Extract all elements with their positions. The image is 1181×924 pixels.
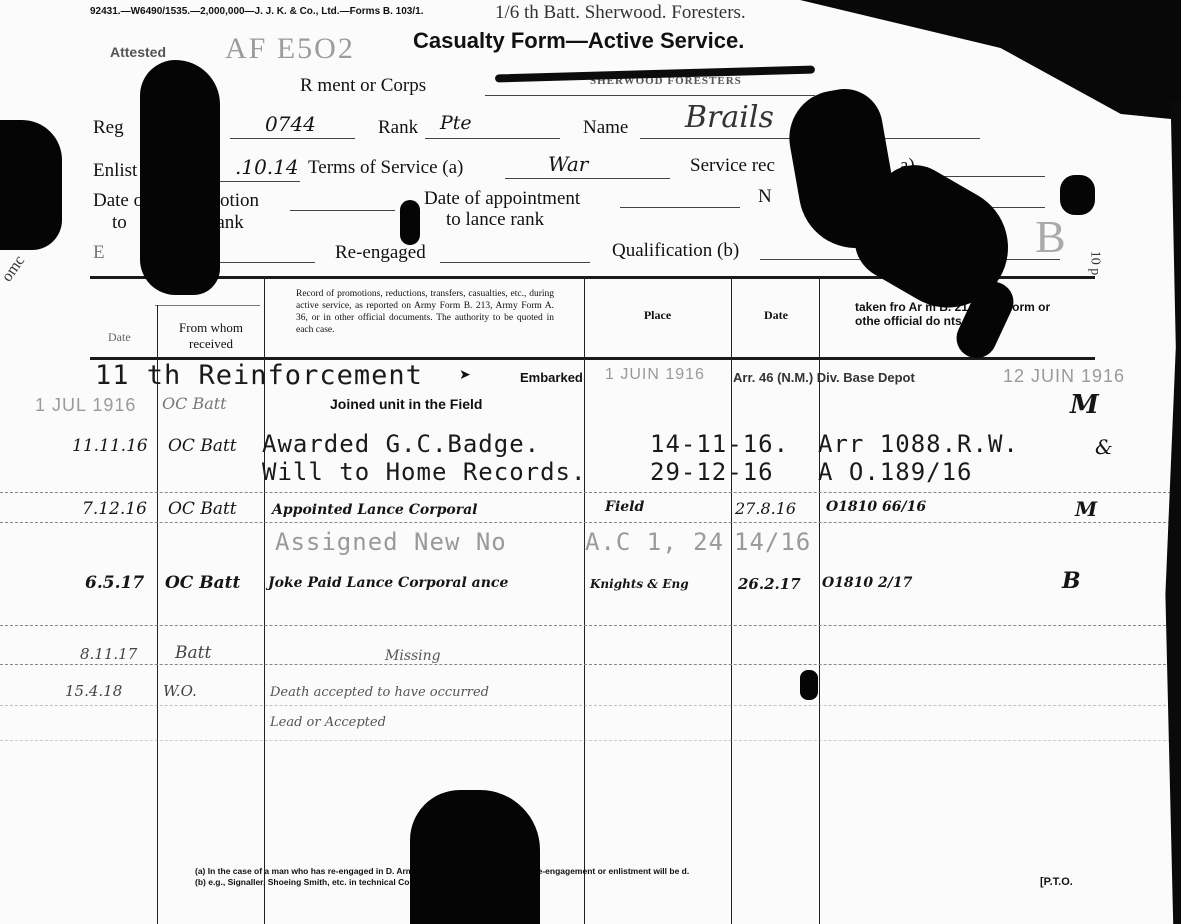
row2-place: Field — [605, 499, 644, 515]
header-date2: Date — [736, 308, 816, 323]
row5-from: Batt — [175, 643, 211, 663]
row1-initials: & — [1095, 435, 1113, 459]
row1-record-1: Awarded G.C.Badge. — [262, 430, 540, 458]
regiment-label: R ment or Corps — [300, 75, 426, 97]
joined-mark: M — [1070, 390, 1099, 420]
header-from-whom: From whom received — [162, 320, 260, 352]
header-record: Record of promotions, reductions, transf… — [296, 288, 554, 336]
attested-label: Attested — [110, 44, 166, 60]
joined-from: OC Batt — [162, 394, 227, 413]
ink-blot — [400, 200, 420, 245]
enlisted-label: Enlist — [93, 160, 137, 182]
header-place: Place — [590, 308, 725, 323]
row1-date2-2: 29-12-16 — [650, 458, 774, 486]
enlisted-value: .10.14 — [235, 155, 299, 179]
reengaged-label: Re-engaged — [335, 242, 426, 264]
joined-text: Joined unit in the Field — [330, 396, 482, 412]
ink-blot — [410, 790, 540, 924]
header-date: Date — [108, 330, 131, 345]
col-divider — [584, 276, 585, 924]
pto-label: [P.T.O. — [1040, 876, 1073, 888]
lance-label-2: to lance rank — [446, 209, 544, 231]
name-value: Brails — [685, 100, 774, 135]
row6-record-2: Lead or Accepted — [270, 715, 386, 730]
row1-from: OC Batt — [168, 436, 237, 456]
row1-record-2: Will to Home Records. — [262, 458, 586, 486]
ink-blot — [800, 670, 818, 700]
ink-blot — [1060, 175, 1095, 215]
terms-label: Terms of Service (a) — [308, 157, 463, 179]
row2-date: 7.12.16 — [82, 499, 147, 519]
promotion-label-1b: otion — [220, 190, 259, 212]
side-stamp: B — [1035, 210, 1066, 263]
row2-date2: 27.8.16 — [735, 499, 796, 518]
ink-blot — [140, 60, 220, 295]
row1-remarks-2: A O.189/16 — [818, 458, 973, 486]
col-divider — [731, 276, 732, 924]
col-divider — [157, 305, 158, 924]
torn-edge — [1155, 100, 1181, 924]
row4-remarks: O1810 2/17 — [822, 575, 912, 591]
side-text-vertical: 10 p — [1086, 251, 1102, 276]
row3-place: A.C 1, 24 — [585, 528, 724, 556]
lance-label-1: Date of appointment — [424, 188, 580, 210]
row2-from: OC Batt — [168, 499, 237, 519]
arrived-stamp: 12 JUIN 1916 — [1003, 366, 1125, 387]
row4-date: 6.5.17 — [85, 573, 144, 593]
row1-remarks-1: Arr 1088.R.W. — [818, 430, 1019, 458]
joined-stamp: 1 JUL 1916 — [35, 395, 136, 416]
row2-remarks: O1810 66/16 — [826, 499, 926, 515]
battalion-stamp: 1/6 th Batt. Sherwood. Foresters. — [495, 2, 746, 24]
rank-label: Rank — [378, 117, 418, 139]
attested-stamp: AF E5O2 — [225, 32, 355, 66]
row4-record: Joke Paid Lance Corporal ance — [268, 575, 508, 591]
extended-label: E — [93, 242, 105, 264]
row3-record: Assigned New No — [275, 528, 507, 556]
ink-blot — [0, 120, 62, 250]
row4-initials: B — [1062, 568, 1081, 594]
row4-from: OC Batt — [165, 573, 240, 593]
reinforcement-banner: 11 th Reinforcement — [95, 360, 423, 391]
print-code: 92431.—W6490/1535.—2,000,000—J. J. K. & … — [90, 6, 424, 17]
embarked-label: Embarked — [520, 370, 583, 385]
row5-record: Missing — [385, 648, 441, 664]
row4-place: Knights & Eng — [590, 577, 689, 591]
side-text-diag: omc — [0, 253, 29, 286]
arrived-label: Arr. 46 (N.M.) Div. Base Depot — [733, 370, 915, 385]
name-label: Name — [583, 117, 628, 139]
promotion-label-2: to — [112, 212, 127, 234]
form-title: Casualty Form—Active Service. — [413, 28, 744, 54]
row3-date2: 14/16 — [734, 528, 811, 556]
terms-value: War — [548, 152, 588, 176]
row2-record: Appointed Lance Corporal — [272, 502, 477, 518]
numbered-label: N — [758, 186, 772, 208]
service-reckons-label: Service rec — [690, 155, 775, 177]
row2-initials: M — [1075, 497, 1097, 521]
row1-date: 11.11.16 — [72, 436, 148, 456]
rank-value: Pte — [440, 112, 472, 134]
row1-date2-1: 14-11-16. — [650, 430, 789, 458]
qualification-label: Qualification (b) — [612, 240, 739, 262]
row4-date2: 26.2.17 — [738, 575, 801, 593]
row6-from: W.O. — [163, 682, 197, 700]
row6-date: 15.4.18 — [65, 682, 122, 700]
row5-date: 8.11.17 — [80, 645, 137, 663]
embarked-stamp: 1 JUIN 1916 — [605, 366, 705, 384]
regt-no-value: 0744 — [265, 112, 316, 136]
regt-no-label: Reg — [93, 117, 124, 139]
row6-record-1: Death accepted to have occurred — [270, 685, 489, 700]
